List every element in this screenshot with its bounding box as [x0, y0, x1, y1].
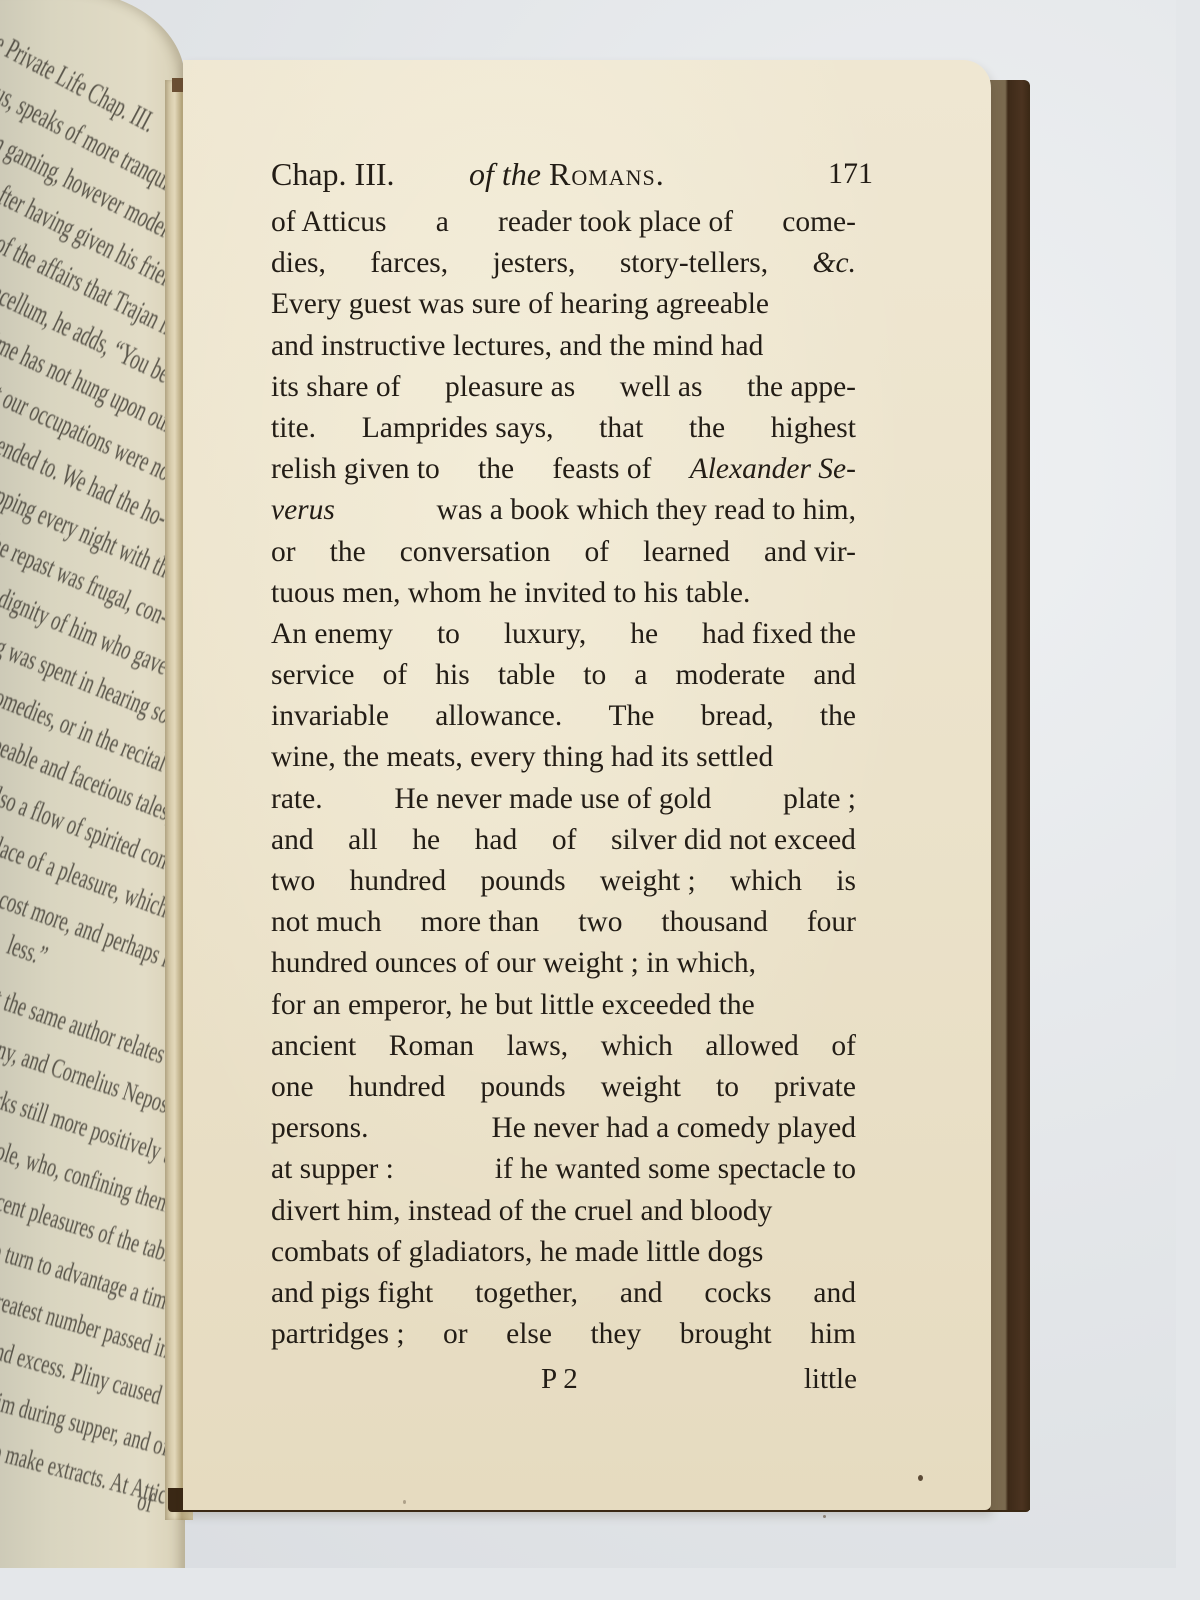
text-segment: the	[330, 532, 366, 573]
text-segment: which	[601, 1026, 673, 1067]
text-segment: table	[498, 655, 555, 696]
text-segment: else	[506, 1314, 552, 1355]
text-segment: the	[820, 696, 856, 737]
text-segment: had fixed the	[702, 614, 856, 655]
text-segment: laws,	[507, 1026, 568, 1067]
text-segment: he	[630, 614, 658, 655]
text-segment: they	[590, 1314, 641, 1355]
leather-cover-fore-edge	[990, 80, 1030, 1510]
text-segment: Roman	[389, 1026, 474, 1067]
text-segment: tuous men, whom he invited to his table.	[271, 573, 750, 614]
text-segment: was a book which they read to him,	[437, 490, 856, 531]
text-segment: and pigs fight	[271, 1273, 433, 1314]
text-segment: pounds	[480, 861, 565, 902]
text-segment: to	[437, 614, 460, 655]
text-line: partridges ;orelsetheybroughthim	[271, 1314, 856, 1355]
text-segment: private	[774, 1067, 856, 1108]
text-line: tite.Lamprides says,thatthehighest	[271, 408, 856, 449]
text-segment: had	[475, 820, 518, 861]
body-text: of Atticusareader took place ofcome-dies…	[271, 202, 861, 1355]
text-segment: hundred ounces of our weight ; in which,	[271, 943, 756, 984]
text-segment: the appe-	[747, 367, 856, 408]
text-segment: or	[271, 532, 296, 573]
text-segment: two	[271, 861, 315, 902]
page-content: Chap. III. of the Romans. 171 of Atticus…	[271, 152, 861, 1401]
text-segment: he	[412, 820, 440, 861]
text-segment: bread,	[701, 696, 774, 737]
text-line: not muchmore thantwothousandfour	[271, 902, 856, 943]
text-segment: highest	[771, 408, 856, 449]
text-segment: or	[443, 1314, 468, 1355]
text-segment: of	[585, 532, 610, 573]
text-line: and instructive lectures, and the mind h…	[271, 326, 856, 367]
text-line: twohundredpoundsweight ;whichis	[271, 861, 856, 902]
text-segment: and instructive lectures, and the mind h…	[271, 326, 763, 367]
text-segment: two	[578, 902, 622, 943]
right-page: Chap. III. of the Romans. 171 of Atticus…	[183, 60, 991, 1510]
text-segment: The	[609, 696, 655, 737]
text-segment: plate ;	[783, 779, 856, 820]
running-head: Chap. III. of the Romans. 171	[271, 152, 861, 196]
text-segment: moderate	[676, 655, 786, 696]
text-line: serviceofhistabletoamoderateand	[271, 655, 856, 696]
text-segment: and	[813, 655, 856, 696]
text-segment: not much	[271, 902, 382, 943]
text-segment: Every guest was sure of hearing agreeabl…	[271, 284, 769, 325]
text-segment: hundred	[349, 1067, 446, 1108]
foxing-speck	[823, 1515, 826, 1518]
text-line: ancientRomanlaws,whichallowedof	[271, 1026, 856, 1067]
text-segment: is	[836, 861, 856, 902]
text-segment: come-	[782, 202, 856, 243]
text-line: tuous men, whom he invited to his table.	[271, 573, 856, 614]
signature-mark: P 2	[541, 1357, 578, 1401]
text-line: An enemytoluxury,hehad fixed the	[271, 614, 856, 655]
text-segment: divert him, instead of the cruel and blo…	[271, 1191, 772, 1232]
text-segment: relish given to	[271, 449, 440, 490]
text-line: at supper :if he wanted some spectacle t…	[271, 1149, 856, 1190]
text-segment: and	[620, 1273, 663, 1314]
text-segment: tite.	[271, 408, 316, 449]
text-segment: &c.	[813, 243, 856, 284]
text-segment: him	[810, 1314, 856, 1355]
chapter-label: Chap. III.	[271, 152, 395, 196]
text-segment: pounds	[480, 1067, 565, 1108]
text-segment: pleasure as	[445, 367, 575, 408]
running-title: of the Romans.	[469, 152, 665, 196]
text-segment: He never had a comedy played	[492, 1108, 857, 1149]
text-segment: of Atticus	[271, 202, 387, 243]
text-segment: weight	[601, 1067, 681, 1108]
text-segment: weight ;	[600, 861, 696, 902]
text-segment: his	[435, 655, 469, 696]
text-segment: of	[383, 655, 408, 696]
left-page-text-line: less.”	[3, 930, 51, 973]
text-segment: conversation	[400, 532, 551, 573]
text-segment: at supper :	[271, 1149, 394, 1190]
text-line: hundred ounces of our weight ; in which,	[271, 943, 856, 984]
text-segment: for an emperor, he but little exceeded t…	[271, 985, 755, 1026]
text-segment: learned	[643, 532, 730, 573]
text-segment: Alexander Se-	[690, 449, 856, 490]
text-segment: if he wanted some spectacle to	[495, 1149, 856, 1190]
text-segment: dies,	[271, 243, 326, 284]
catchword: little	[804, 1357, 857, 1401]
text-segment: the	[478, 449, 514, 490]
text-segment: all	[348, 820, 378, 861]
text-line: persons.He never had a comedy played	[271, 1108, 856, 1149]
text-line: for an emperor, he but little exceeded t…	[271, 985, 856, 1026]
text-segment: An enemy	[271, 614, 393, 655]
text-line: andallhehadofsilver did not exceed	[271, 820, 856, 861]
book-photo-scene: he Private Life Chap. III.nus, speaks of…	[0, 0, 1176, 1568]
running-title-smallcaps: Romans.	[549, 156, 665, 192]
text-segment: one	[271, 1067, 314, 1108]
text-segment: and vir-	[764, 532, 856, 573]
text-segment: together,	[475, 1273, 578, 1314]
text-line: invariableallowance.Thebread,the	[271, 696, 856, 737]
text-segment: ancient	[271, 1026, 356, 1067]
text-segment: a	[436, 202, 449, 243]
text-segment: and	[813, 1273, 856, 1314]
text-line: dies,farces,jesters,story-tellers,&c.	[271, 243, 856, 284]
text-line: divert him, instead of the cruel and blo…	[271, 1191, 856, 1232]
text-segment: well as	[620, 367, 703, 408]
text-segment: feasts of	[552, 449, 651, 490]
text-segment: verus	[271, 490, 335, 531]
text-segment: reader took place of	[498, 202, 733, 243]
text-segment: to	[716, 1067, 739, 1108]
text-segment: four	[807, 902, 856, 943]
text-line: Every guest was sure of hearing agreeabl…	[271, 284, 856, 325]
text-segment: wine, the meats, every thing had its set…	[271, 737, 773, 778]
text-segment: He never made use of gold	[394, 779, 711, 820]
text-segment: partridges ;	[271, 1314, 405, 1355]
text-segment: to	[583, 655, 606, 696]
text-segment: persons.	[271, 1108, 369, 1149]
page-number: 171	[828, 152, 873, 196]
foxing-speck	[403, 1500, 406, 1504]
text-line: ortheconversationoflearnedand vir-	[271, 532, 856, 573]
text-segment: rate.	[271, 779, 323, 820]
text-segment: invariable	[271, 696, 389, 737]
text-line: onehundredpoundsweighttoprivate	[271, 1067, 856, 1108]
text-segment: the	[689, 408, 725, 449]
text-segment: hundred	[349, 861, 446, 902]
text-segment: allowed	[705, 1026, 798, 1067]
text-line: rate.He never made use of goldplate ;	[271, 779, 856, 820]
text-segment: and	[271, 820, 314, 861]
text-line: veruswas a book which they read to him,	[271, 490, 856, 531]
text-segment: thousand	[661, 902, 768, 943]
text-segment: which	[730, 861, 802, 902]
left-facing-page: he Private Life Chap. III.nus, speaks of…	[0, 0, 185, 1568]
text-segment: silver did not exceed	[611, 820, 856, 861]
text-segment: jesters,	[493, 243, 576, 284]
text-line: combats of gladiators, he made little do…	[271, 1232, 856, 1273]
text-segment: brought	[680, 1314, 772, 1355]
text-segment: combats of gladiators, he made little do…	[271, 1232, 763, 1273]
text-segment: of	[552, 820, 577, 861]
text-segment: its share of	[271, 367, 400, 408]
page-footer: P 2 little	[271, 1357, 861, 1401]
text-segment: that	[599, 408, 643, 449]
text-segment: cocks	[704, 1273, 771, 1314]
text-segment: farces,	[370, 243, 448, 284]
text-line: wine, the meats, every thing had its set…	[271, 737, 856, 778]
text-segment: story-tellers,	[620, 243, 768, 284]
text-segment: Lamprides says,	[362, 408, 554, 449]
text-segment: allowance.	[435, 696, 562, 737]
text-line: relish given tothefeasts ofAlexander Se-	[271, 449, 856, 490]
running-title-italic: of the	[469, 156, 541, 192]
text-segment: more than	[421, 902, 540, 943]
text-line: of Atticusareader took place ofcome-	[271, 202, 856, 243]
text-segment: service	[271, 655, 355, 696]
text-line: and pigs fighttogether,andcocksand	[271, 1273, 856, 1314]
text-segment: luxury,	[504, 614, 586, 655]
text-segment: a	[634, 655, 647, 696]
text-line: its share ofpleasure aswell asthe appe-	[271, 367, 856, 408]
foxing-speck	[918, 1475, 923, 1481]
text-segment: of	[831, 1026, 856, 1067]
